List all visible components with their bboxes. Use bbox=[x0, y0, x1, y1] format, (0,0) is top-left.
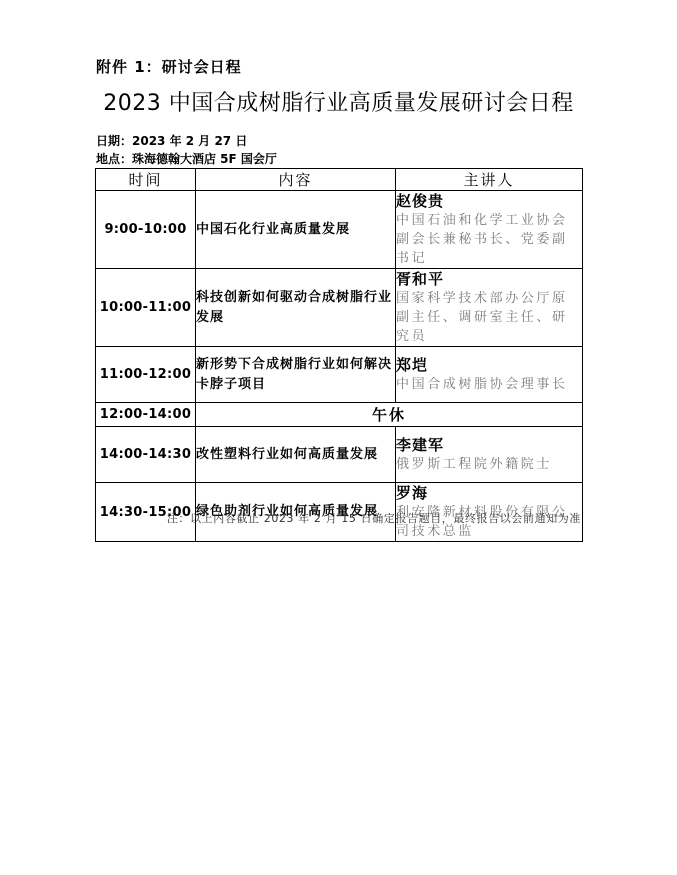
topic-cell: 新形势下合成树脂行业如何解决卡脖子项目 bbox=[196, 347, 396, 403]
speaker-cell: 赵俊贵 中国石油和化学工业协会副会长兼秘书长、党委副书记 bbox=[396, 191, 583, 269]
table-header-row: 时间 内容 主讲人 bbox=[96, 169, 583, 191]
topic-cell: 改性塑料行业如何高质量发展 bbox=[196, 427, 396, 483]
topic-cell: 科技创新如何驱动合成树脂行业发展 bbox=[196, 269, 396, 347]
time-cell: 12:00-14:00 bbox=[96, 403, 196, 427]
table-row-break: 12:00-14:00 午休 bbox=[96, 403, 583, 427]
header-time: 时间 bbox=[96, 169, 196, 191]
page-title: 2023 中国合成树脂行业高质量发展研讨会日程 bbox=[0, 86, 677, 117]
speaker-name: 胥和平 bbox=[396, 269, 582, 289]
table-row: 11:00-12:00 新形势下合成树脂行业如何解决卡脖子项目 郑垲 中国合成树… bbox=[96, 347, 583, 403]
time-cell: 14:00-14:30 bbox=[96, 427, 196, 483]
speaker-title: 中国石油和化学工业协会副会长兼秘书长、党委副书记 bbox=[396, 211, 582, 268]
time-cell: 9:00-10:00 bbox=[96, 191, 196, 269]
speaker-title: 国家科学技术部办公厅原副主任、调研室主任、研究员 bbox=[396, 289, 582, 346]
header-speaker: 主讲人 bbox=[396, 169, 583, 191]
table-row: 14:00-14:30 改性塑料行业如何高质量发展 李建军 俄罗斯工程院外籍院士 bbox=[96, 427, 583, 483]
speaker-name: 罗海 bbox=[396, 483, 582, 503]
speaker-name: 李建军 bbox=[396, 435, 582, 455]
speaker-title: 中国合成树脂协会理事长 bbox=[396, 375, 582, 394]
topic-cell: 中国石化行业高质量发展 bbox=[196, 191, 396, 269]
attachment-label: 附件 1：研讨会日程 bbox=[96, 56, 242, 77]
speaker-cell: 郑垲 中国合成树脂协会理事长 bbox=[396, 347, 583, 403]
event-location: 地点：珠海德翰大酒店 5F 国会厅 bbox=[96, 150, 277, 167]
speaker-title: 俄罗斯工程院外籍院士 bbox=[396, 455, 582, 474]
event-date: 日期：2023 年 2 月 27 日 bbox=[96, 132, 247, 149]
table-row: 10:00-11:00 科技创新如何驱动合成树脂行业发展 胥和平 国家科学技术部… bbox=[96, 269, 583, 347]
time-cell: 10:00-11:00 bbox=[96, 269, 196, 347]
speaker-cell: 胥和平 国家科学技术部办公厅原副主任、调研室主任、研究员 bbox=[396, 269, 583, 347]
footnote: 注：以上内容截止 2023 年 2 月 15 日确定报告题目，最终报告以会前通知… bbox=[167, 510, 581, 526]
schedule-table: 时间 内容 主讲人 9:00-10:00 中国石化行业高质量发展 赵俊贵 中国石… bbox=[95, 168, 583, 542]
speaker-name: 郑垲 bbox=[396, 355, 582, 375]
speaker-cell: 李建军 俄罗斯工程院外籍院士 bbox=[396, 427, 583, 483]
speaker-name: 赵俊贵 bbox=[396, 191, 582, 211]
table-row: 9:00-10:00 中国石化行业高质量发展 赵俊贵 中国石油和化学工业协会副会… bbox=[96, 191, 583, 269]
lunch-break-cell: 午休 bbox=[196, 403, 583, 427]
time-cell: 11:00-12:00 bbox=[96, 347, 196, 403]
header-topic: 内容 bbox=[196, 169, 396, 191]
